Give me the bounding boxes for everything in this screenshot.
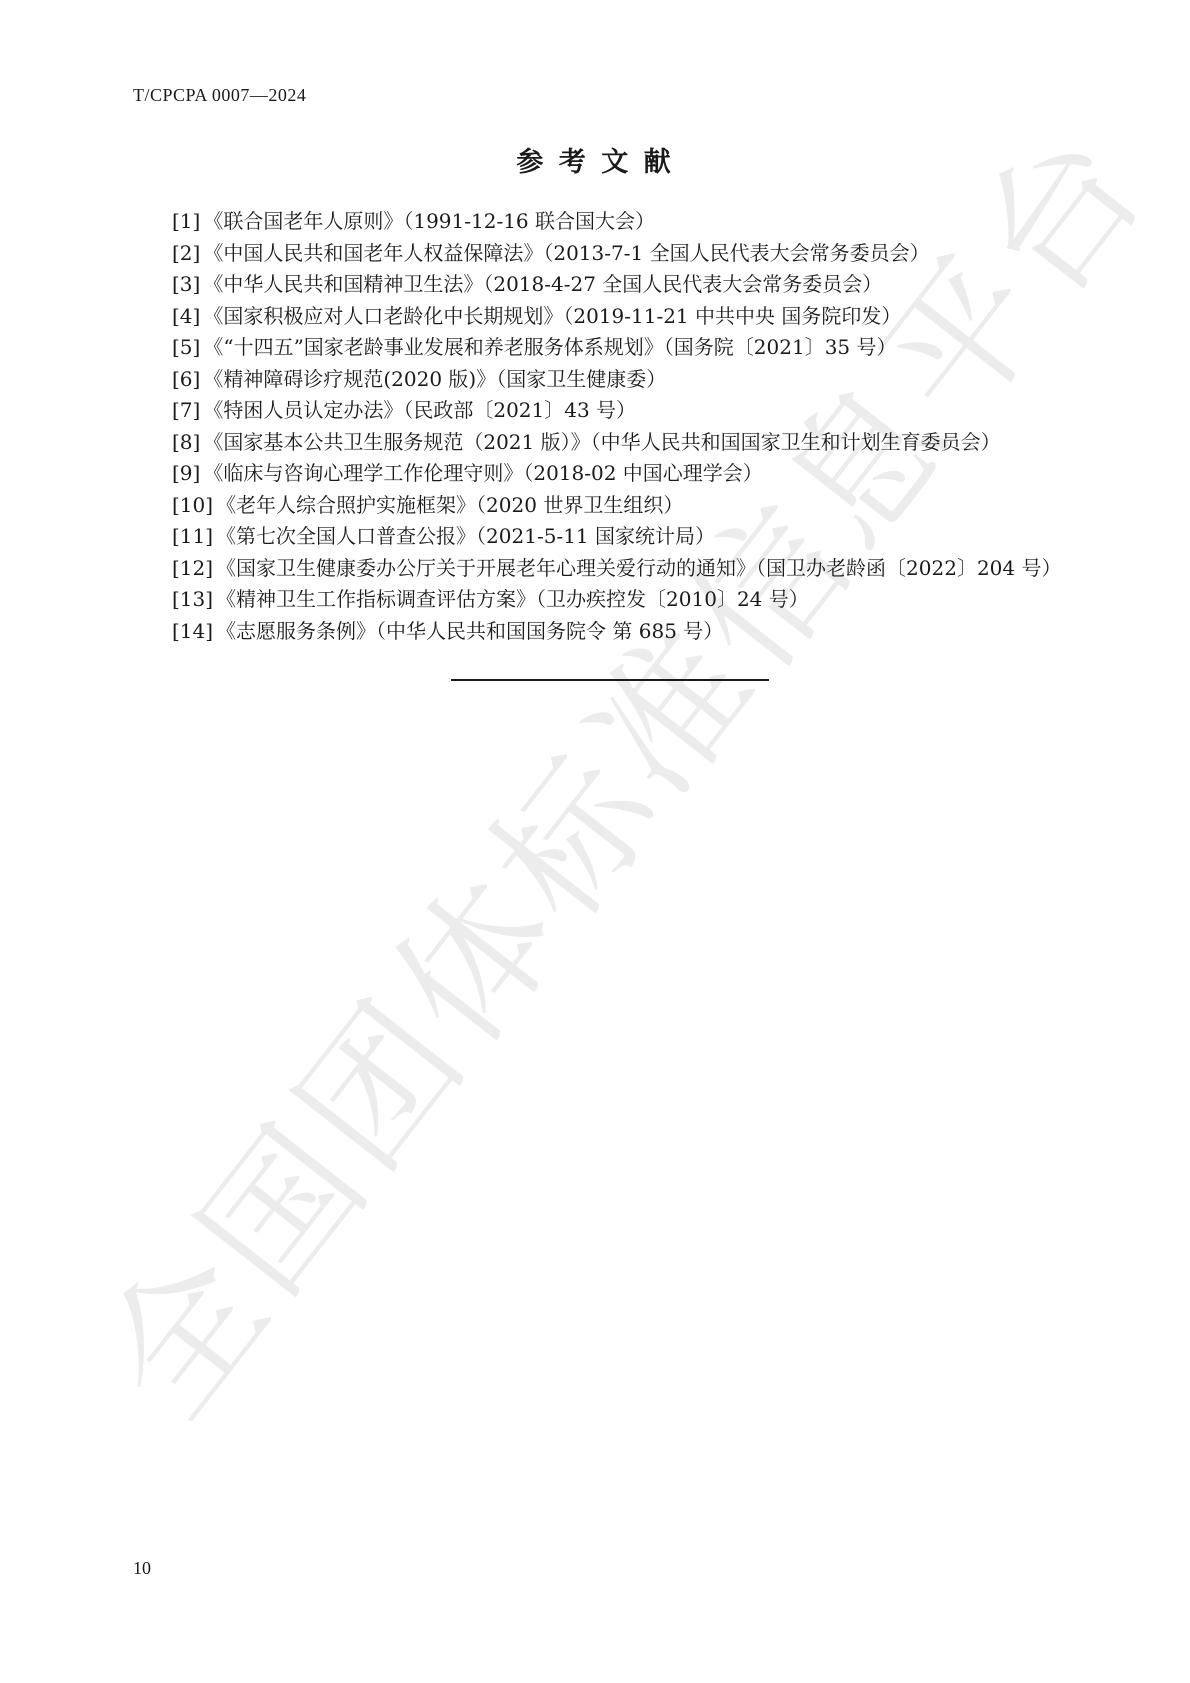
reference-number: [2]	[172, 241, 200, 265]
reference-text: 《中国人民共和国老年人权益保障法》（2013-7-1 全国人民代表大会常务委员会…	[203, 241, 929, 265]
reference-item: [4]《国家积极应对人口老龄化中长期规划》（2019-11-21 中共中央 国务…	[172, 301, 1132, 333]
reference-number: [9]	[172, 461, 200, 485]
reference-item: [14]《志愿服务条例》（中华人民共和国国务院令 第 685 号）	[172, 616, 1132, 648]
reference-item: [12]《国家卫生健康委办公厅关于开展老年心理关爱行动的通知》（国卫办老龄函〔2…	[172, 553, 1132, 585]
reference-item: [7]《特困人员认定办法》（民政部〔2021〕43 号）	[172, 395, 1132, 427]
reference-text: 《精神障碍诊疗规范(2020 版)》（国家卫生健康委）	[203, 367, 666, 391]
reference-number: [7]	[172, 398, 200, 422]
reference-number: [6]	[172, 367, 200, 391]
reference-item: [3]《中华人民共和国精神卫生法》（2018-4-27 全国人民代表大会常务委员…	[172, 269, 1132, 301]
reference-text: 《老年人综合照护实施框架》（2020 世界卫生组织）	[216, 493, 683, 517]
reference-item: [13]《精神卫生工作指标调查评估方案》（卫办疾控发〔2010〕24 号）	[172, 584, 1132, 616]
reference-text: 《联合国老年人原则》（1991-12-16 联合国大会）	[203, 209, 655, 233]
references-list: [1]《联合国老年人原则》（1991-12-16 联合国大会）[2]《中国人民共…	[172, 206, 1132, 647]
reference-item: [1]《联合国老年人原则》（1991-12-16 联合国大会）	[172, 206, 1132, 238]
reference-text: 《临床与咨询心理学工作伦理守则》（2018-02 中国心理学会）	[203, 461, 762, 485]
reference-text: 《国家卫生健康委办公厅关于开展老年心理关爱行动的通知》（国卫办老龄函〔2022〕…	[216, 556, 1061, 580]
reference-item: [2]《中国人民共和国老年人权益保障法》（2013-7-1 全国人民代表大会常务…	[172, 238, 1132, 270]
reference-number: [12]	[172, 556, 213, 580]
reference-number: [1]	[172, 209, 200, 233]
reference-item: [11]《第七次全国人口普查公报》（2021-5-11 国家统计局）	[172, 521, 1132, 553]
reference-number: [3]	[172, 272, 200, 296]
reference-item: [5]《“十四五”国家老龄事业发展和养老服务体系规划》（国务院〔2021〕35 …	[172, 332, 1132, 364]
reference-text: 《“十四五”国家老龄事业发展和养老服务体系规划》（国务院〔2021〕35 号）	[203, 335, 896, 359]
reference-number: [14]	[172, 619, 213, 643]
reference-number: [10]	[172, 493, 213, 517]
reference-text: 《国家基本公共卫生服务规范（2021 版）》（中华人民共和国国家卫生和计划生育委…	[203, 430, 1000, 454]
reference-number: [4]	[172, 304, 200, 328]
reference-text: 《中华人民共和国精神卫生法》（2018-4-27 全国人民代表大会常务委员会）	[203, 272, 882, 296]
end-divider-line	[451, 679, 769, 681]
reference-item: [8]《国家基本公共卫生服务规范（2021 版）》（中华人民共和国国家卫生和计划…	[172, 427, 1132, 459]
reference-text: 《国家积极应对人口老龄化中长期规划》（2019-11-21 中共中央 国务院印发…	[203, 304, 901, 328]
reference-text: 《志愿服务条例》（中华人民共和国国务院令 第 685 号）	[216, 619, 723, 643]
reference-item: [9]《临床与咨询心理学工作伦理守则》（2018-02 中国心理学会）	[172, 458, 1132, 490]
reference-number: [11]	[172, 524, 213, 548]
page-title: 参 考 文 献	[0, 140, 1190, 179]
page-number: 10	[133, 1558, 151, 1579]
reference-number: [5]	[172, 335, 200, 359]
reference-item: [6]《精神障碍诊疗规范(2020 版)》（国家卫生健康委）	[172, 364, 1132, 396]
reference-item: [10]《老年人综合照护实施框架》（2020 世界卫生组织）	[172, 490, 1132, 522]
document-page: 全国团体标准信息平台 T/CPCPA 0007—2024 参 考 文 献 [1]…	[0, 0, 1190, 1683]
reference-text: 《精神卫生工作指标调查评估方案》（卫办疾控发〔2010〕24 号）	[216, 587, 809, 611]
document-code-header: T/CPCPA 0007—2024	[133, 85, 306, 106]
reference-number: [13]	[172, 587, 213, 611]
reference-text: 《第七次全国人口普查公报》（2021-5-11 国家统计局）	[216, 524, 715, 548]
reference-text: 《特困人员认定办法》（民政部〔2021〕43 号）	[203, 398, 636, 422]
reference-number: [8]	[172, 430, 200, 454]
